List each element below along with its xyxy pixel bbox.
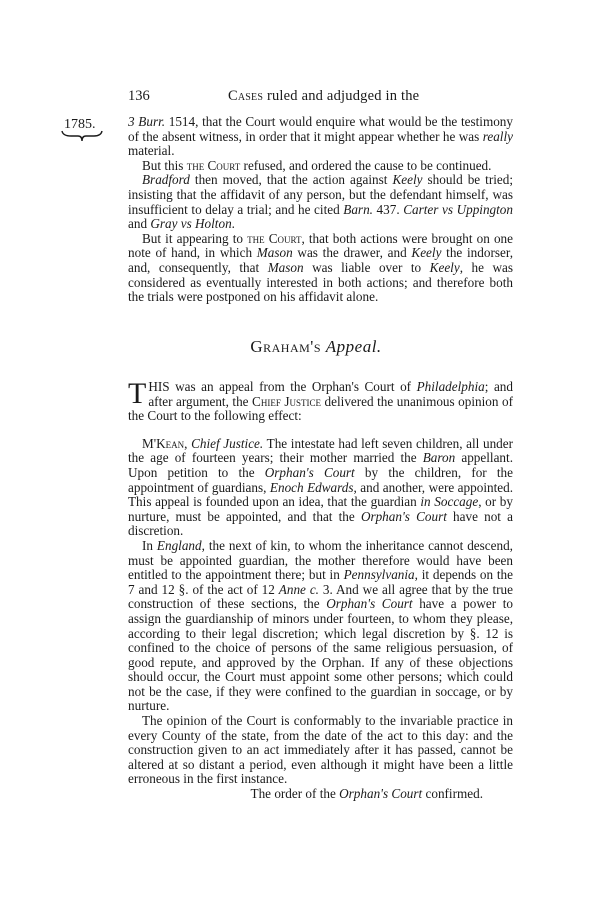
- text: .: [232, 216, 235, 231]
- text: But it appearing to: [142, 231, 247, 246]
- person-name: Keely: [430, 260, 460, 275]
- text: The opinion of the Court is conformably …: [128, 713, 513, 786]
- case-body: THIS was an appeal from the Orphan's Cou…: [128, 380, 513, 802]
- running-title-smallcaps: Cases: [228, 88, 263, 104]
- text: and: [128, 216, 150, 231]
- emphasis: really: [483, 129, 513, 144]
- person-name: Keely: [392, 172, 422, 187]
- curly-brace-icon: [61, 130, 103, 142]
- citation: 3 Burr.: [128, 114, 165, 129]
- court-name: the Court: [187, 158, 241, 173]
- paragraph: But it appearing to the Court, that both…: [128, 232, 513, 305]
- place-name: Philadelphia: [417, 379, 485, 394]
- case-continuation: 3 Burr. 1514, that the Court would enqui…: [128, 115, 513, 305]
- text: 1514, that the Court would enquire what …: [128, 114, 513, 144]
- case-name: Graham's: [250, 337, 321, 356]
- text: 437.: [373, 202, 403, 217]
- case-citation: Gray vs Holton: [150, 216, 231, 231]
- text: The order of the: [251, 786, 340, 801]
- text: was liable over to: [304, 260, 430, 275]
- place-name: Pennsylvania: [344, 567, 415, 582]
- case-citation: Carter vs Uppington: [403, 202, 513, 217]
- paragraph: THIS was an appeal from the Orphan's Cou…: [128, 380, 513, 424]
- person-name: Bradford: [142, 172, 190, 187]
- person-name: Keely: [411, 245, 441, 260]
- text: was the drawer, and: [293, 245, 412, 260]
- closing-line: The order of the Orphan's Court confirme…: [128, 787, 513, 802]
- text: HIS was an appeal from the Orphan's Cour…: [148, 379, 416, 394]
- text: material.: [128, 143, 175, 158]
- person-name: Mason: [268, 260, 304, 275]
- text: refused, and ordered the cause to be con…: [240, 158, 491, 173]
- running-head: 136 Cases ruled and adjudged in the: [128, 88, 533, 108]
- court-name: Orphan's Court: [339, 786, 422, 801]
- book-page: 136 Cases ruled and adjudged in the 1785…: [0, 0, 600, 903]
- drop-cap: T: [128, 382, 146, 406]
- paragraph: In England, the next of kin, to whom the…: [128, 539, 513, 714]
- paragraph: Bradford then moved, that the action aga…: [128, 173, 513, 231]
- running-title: Cases ruled and adjudged in the: [228, 88, 419, 105]
- text: But this: [142, 158, 187, 173]
- paragraph: The opinion of the Court is conformably …: [128, 714, 513, 787]
- paragraph: But this the Court refused, and ordered …: [128, 159, 513, 174]
- statute-citation: Anne c.: [279, 582, 319, 597]
- paragraph: M'Kean, Chief Justice. The intestate had…: [128, 437, 513, 539]
- text: have a power to assign the guardianship …: [128, 596, 513, 713]
- place-name: England: [157, 538, 202, 553]
- term: Baron: [423, 450, 455, 465]
- term: in Soccage: [420, 494, 478, 509]
- court-name: Orphan's Court: [361, 509, 447, 524]
- case-type: Appeal.: [326, 337, 382, 356]
- text: confirmed.: [422, 786, 483, 801]
- text: In: [142, 538, 157, 553]
- case-title: Graham's Appeal.: [0, 337, 600, 357]
- court-name: Orphan's Court: [265, 465, 355, 480]
- person-name: Mason: [257, 245, 293, 260]
- court-name: Orphan's Court: [326, 596, 412, 611]
- judge-name: M'Kean: [142, 436, 184, 451]
- person-name: Enoch Edwards: [270, 480, 354, 495]
- text: then moved, that the action against: [190, 172, 393, 187]
- title: Chief Justice: [252, 394, 321, 409]
- judge-title: Chief Justice.: [191, 436, 263, 451]
- page-number: 136: [128, 88, 150, 105]
- running-title-rest: ruled and adjudged in the: [263, 88, 419, 104]
- citation: Barn.: [343, 202, 373, 217]
- paragraph: 3 Burr. 1514, that the Court would enqui…: [128, 115, 513, 159]
- court-name: the Court: [247, 231, 301, 246]
